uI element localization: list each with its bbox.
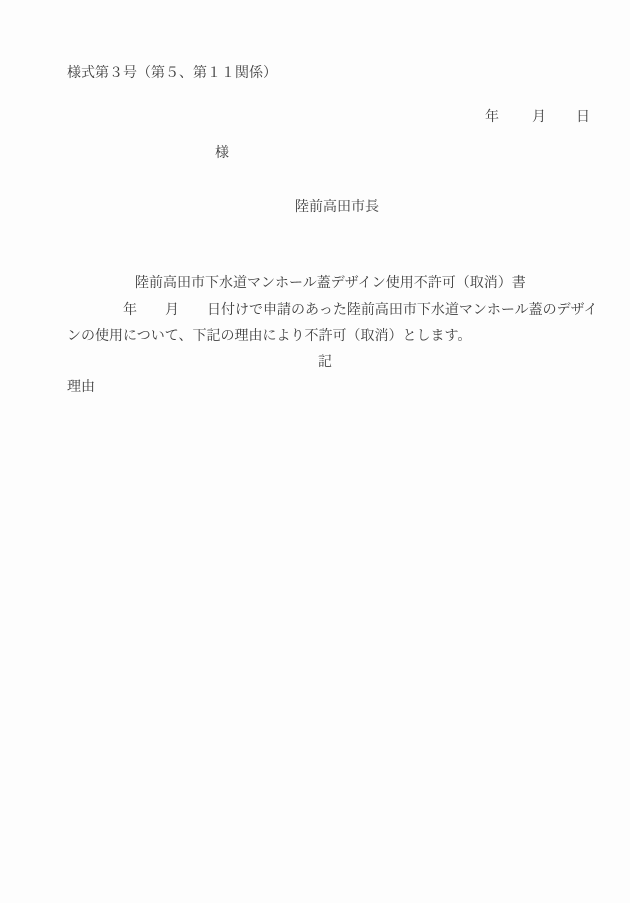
date-day-label: 日: [576, 110, 590, 126]
document-title: 陸前高田市下水道マンホール蓋デザイン使用不許可（取消）書: [135, 276, 526, 292]
form-number: 様式第３号（第５、第１１関係）: [67, 66, 277, 82]
body-text-line-2: ンの使用について、下記の理由により不許可（取消）とします。: [67, 329, 471, 345]
addressee-honorific: 様: [215, 146, 229, 162]
date-line: 年月日: [471, 94, 590, 142]
document-page: 様式第３号（第５、第１１関係） 年月日 様 陸前高田市長 陸前高田市下水道マンホ…: [0, 0, 630, 903]
body-text-line-1: 年 月 日付けで申請のあった陸前高田市下水道マンホール蓋のデザイ: [67, 303, 598, 319]
date-year-label: 年: [485, 110, 499, 125]
date-month-label: 月: [532, 110, 546, 126]
note-heading: 記: [318, 355, 332, 371]
reason-label: 理由: [67, 380, 95, 396]
sender-mayor: 陸前高田市長: [295, 200, 379, 216]
